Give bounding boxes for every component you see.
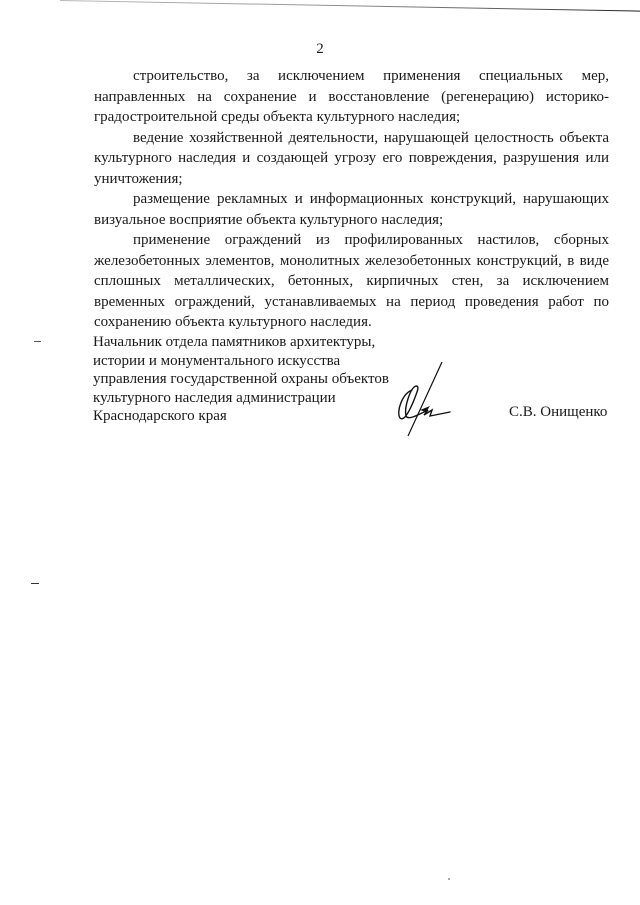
margin-mark [31,583,39,584]
handwritten-signature-icon [390,360,480,440]
document-body: строительство, за исключением применения… [94,66,609,333]
signatory-title-line: управления государственной охраны объект… [93,370,413,389]
scan-speck [448,878,450,880]
scan-edge-line [60,0,640,12]
page-number: 2 [0,41,640,58]
paragraph-fences: применение ограждений из профилированных… [94,230,609,333]
paragraph-construction: строительство, за исключением применения… [94,66,609,128]
signatory-title-line: Краснодарского края [93,407,413,426]
signatory-title: Начальник отдела памятников архитектуры,… [93,333,413,426]
signatory-title-line: культурного наследия администрации [93,389,413,408]
signatory-title-line: Начальник отдела памятников архитектуры, [93,333,413,352]
signer-name: С.В. Онищенко [509,404,607,421]
margin-mark [34,341,41,342]
paragraph-economic-activity: ведение хозяйственной деятельности, нару… [94,128,609,190]
paragraph-advertising: размещение рекламных и информационных ко… [94,189,609,230]
signatory-title-line: истории и монументального искусства [93,352,413,371]
